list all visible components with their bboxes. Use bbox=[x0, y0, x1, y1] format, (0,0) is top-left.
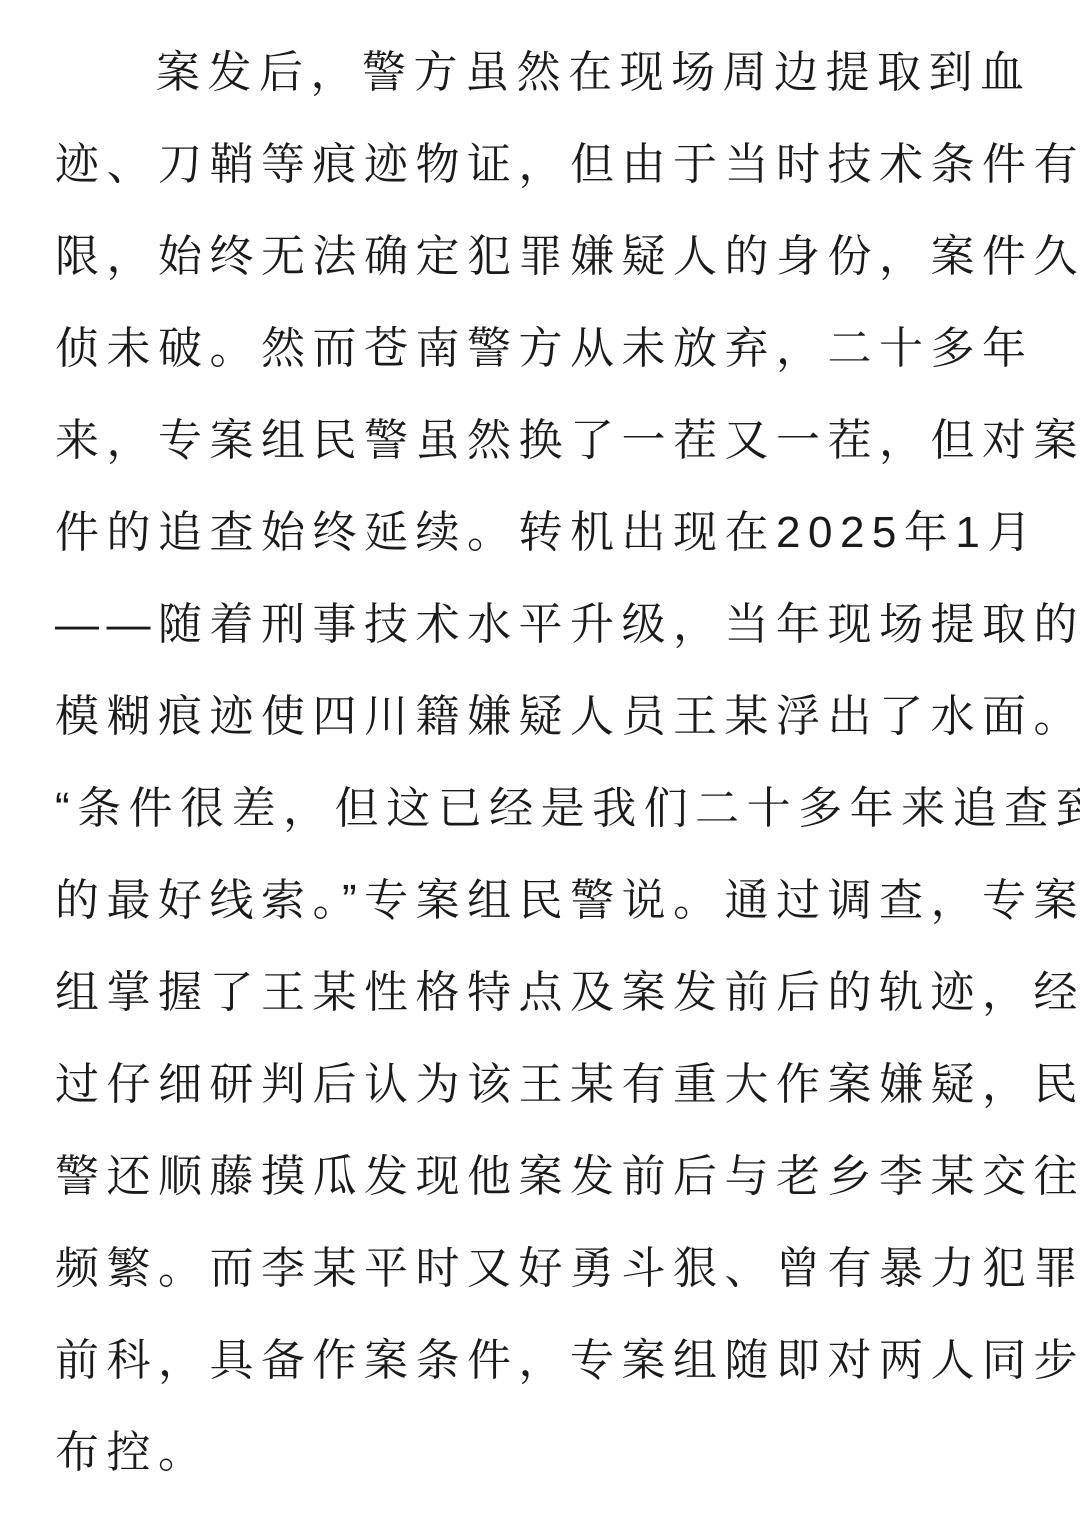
paragraph-line: 模糊痕迹使四川籍嫌疑人员王某浮出了水面。 bbox=[55, 671, 1060, 763]
paragraph-line: 布控。 bbox=[55, 1407, 1060, 1499]
paragraph-line: “条件很差，但这已经是我们二十多年来追查到 bbox=[55, 763, 1060, 855]
paragraph-line: 频繁。而李某平时又好勇斗狠、曾有暴力犯罪 bbox=[55, 1223, 1060, 1315]
paragraph-line: 来，专案组民警虽然换了一茬又一茬，但对案 bbox=[55, 395, 1060, 487]
paragraph-line: 侦未破。然而苍南警方从未放弃，二十多年 bbox=[55, 303, 1060, 395]
paragraph-line: ——随着刑事技术水平升级，当年现场提取的 bbox=[55, 579, 1060, 671]
paragraph-line: 组掌握了王某性格特点及案发前后的轨迹，经 bbox=[55, 947, 1060, 1039]
paragraph-line: 限，始终无法确定犯罪嫌疑人的身份，案件久 bbox=[55, 211, 1060, 303]
paragraph-line: 的最好线索。”专案组民警说。通过调查，专案 bbox=[55, 855, 1060, 947]
paragraph-line: 案发后，警方虽然在现场周边提取到血 bbox=[55, 27, 1060, 119]
paragraph-line: 过仔细研判后认为该王某有重大作案嫌疑，民 bbox=[55, 1039, 1060, 1131]
article-text: 案发后，警方虽然在现场周边提取到血迹、刀鞘等痕迹物证，但由于当时技术条件有限，始… bbox=[0, 0, 1080, 1499]
paragraph-line: 警还顺藤摸瓜发现他案发前后与老乡李某交往 bbox=[55, 1131, 1060, 1223]
paragraph-line: 前科，具备作案条件，专案组随即对两人同步 bbox=[55, 1315, 1060, 1407]
paragraph-line: 件的追查始终延续。转机出现在2025年1月 bbox=[55, 487, 1060, 579]
paragraph-line: 迹、刀鞘等痕迹物证，但由于当时技术条件有 bbox=[55, 119, 1060, 211]
